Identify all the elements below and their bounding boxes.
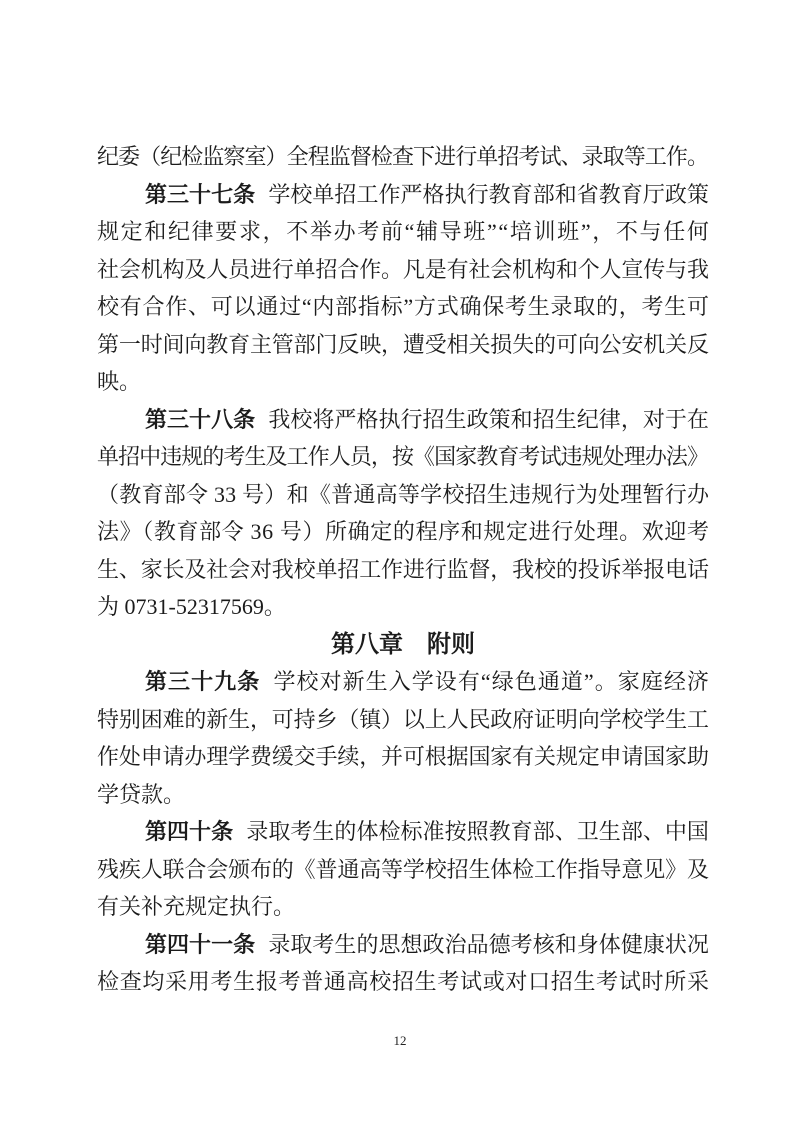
line-text: 特别困难的新生，可持乡（镇）以上人民政府证明向学校学生工	[97, 707, 709, 732]
line-content: 社会机构及人员进行单招合作。凡是有社会机构和个人宣传与我	[97, 251, 709, 289]
line-content: 第三十八条我校将严格执行招生政策和招生纪律，对于在	[145, 401, 709, 439]
body-text-line: 法》（教育部令 36 号）所确定的程序和规定进行处理。欢迎考	[97, 513, 709, 551]
page-number: 12	[394, 1033, 407, 1048]
line-content: 纪委（纪检监察室）全程监督检查下进行单招考试、录取等工作。	[97, 138, 708, 176]
article-number: 第四十一条	[145, 932, 255, 957]
line-text: 第八章 附则	[331, 631, 475, 658]
body-text-line: 规定和纪律要求，不举办考前“辅导班”“培训班”，不与任何	[97, 213, 709, 251]
document-page: 纪委（纪检监察室）全程监督检查下进行单招考试、录取等工作。第三十七条学校单招工作…	[0, 0, 800, 1131]
body-text-line: 残疾人联合会颁布的《普通高等学校招生体检工作指导意见》及	[97, 851, 709, 889]
document-body: 纪委（纪检监察室）全程监督检查下进行单招考试、录取等工作。第三十七条学校单招工作…	[97, 138, 709, 1001]
body-text-line: （教育部令 33 号）和《普通高等学校招生违规行为处理暂行办	[97, 476, 709, 514]
body-text-line: 校有合作、可以通过“内部指标”方式确保考生录取的，考生可	[97, 288, 709, 326]
body-text-line: 纪委（纪检监察室）全程监督检查下进行单招考试、录取等工作。	[97, 138, 709, 176]
line-text: 作处申请办理学费缓交手续，并可根据国家有关规定申请国家助	[97, 744, 709, 769]
line-content: 映。	[97, 363, 141, 401]
body-text-line: 社会机构及人员进行单招合作。凡是有社会机构和个人宣传与我	[97, 251, 709, 289]
line-text: 规定和纪律要求，不举办考前“辅导班”“培训班”，不与任何	[97, 219, 711, 244]
body-text-line: 有关补充规定执行。	[97, 888, 709, 926]
page-footer: 12	[0, 1033, 800, 1049]
article-opening-line: 第四十条录取考生的体检标准按照教育部、卫生部、中国	[97, 813, 709, 851]
line-content: 为 0731-52317569。	[97, 588, 286, 626]
line-content: 残疾人联合会颁布的《普通高等学校招生体检工作指导意见》及	[97, 851, 709, 889]
article-number: 第三十九条	[145, 669, 260, 694]
line-text: 录取考生的思想政治品德考核和身体健康状况	[268, 932, 709, 957]
body-text-line: 单招中违规的考生及工作人员，按《国家教育考试违规处理办法》	[97, 438, 709, 476]
line-text: 学校单招工作严格执行教育部和省教育厅政策	[268, 182, 709, 207]
line-content: 单招中违规的考生及工作人员，按《国家教育考试违规处理办法》	[97, 438, 708, 476]
article-number: 第四十条	[145, 819, 233, 844]
line-text: 校有合作、可以通过“内部指标”方式确保考生录取的，考生可	[97, 294, 710, 319]
article-number: 第三十七条	[145, 182, 255, 207]
line-content: 校有合作、可以通过“内部指标”方式确保考生录取的，考生可	[97, 288, 710, 326]
line-content: 有关补充规定执行。	[97, 888, 295, 926]
article-opening-line: 第三十八条我校将严格执行招生政策和招生纪律，对于在	[97, 401, 709, 439]
line-text: 为 0731-52317569。	[97, 594, 286, 619]
body-text-line: 作处申请办理学费缓交手续，并可根据国家有关规定申请国家助	[97, 738, 709, 776]
line-text: 录取考生的体检标准按照教育部、卫生部、中国	[246, 819, 709, 844]
line-content: 第三十七条学校单招工作严格执行教育部和省教育厅政策	[145, 176, 709, 214]
line-text: 法》（教育部令 36 号）所确定的程序和规定进行处理。欢迎考	[97, 519, 710, 544]
line-content: （教育部令 33 号）和《普通高等学校招生违规行为处理暂行办	[97, 476, 709, 514]
line-text: 学贷款。	[97, 782, 185, 807]
line-content: 第一时间向教育主管部门反映，遭受相关损失的可向公安机关反	[97, 326, 709, 364]
line-text: 我校将严格执行招生政策和招生纪律，对于在	[268, 407, 709, 432]
line-text: 单招中违规的考生及工作人员，按《国家教育考试违规处理办法》	[97, 444, 708, 469]
article-opening-line: 第三十七条学校单招工作严格执行教育部和省教育厅政策	[97, 176, 709, 214]
body-text-line: 特别困难的新生，可持乡（镇）以上人民政府证明向学校学生工	[97, 701, 709, 739]
article-opening-line: 第三十九条学校对新生入学设有“绿色通道”。家庭经济	[97, 663, 709, 701]
line-text: 学校对新生入学设有“绿色通道”。家庭经济	[273, 669, 710, 694]
line-content: 规定和纪律要求，不举办考前“辅导班”“培训班”，不与任何	[97, 213, 711, 251]
line-text: 残疾人联合会颁布的《普通高等学校招生体检工作指导意见》及	[97, 857, 709, 882]
body-text-line: 映。	[97, 363, 709, 401]
line-text: 生、家长及社会对我校单招工作进行监督，我校的投诉举报电话	[97, 557, 709, 582]
line-text: 第一时间向教育主管部门反映，遭受相关损失的可向公安机关反	[97, 332, 709, 357]
line-content: 检查均采用考生报考普通高校招生考试或对口招生考试时所采	[97, 963, 710, 1001]
line-content: 第八章 附则	[331, 626, 475, 664]
article-number: 第三十八条	[145, 407, 255, 432]
body-text-line: 为 0731-52317569。	[97, 588, 709, 626]
body-text-line: 第一时间向教育主管部门反映，遭受相关损失的可向公安机关反	[97, 326, 709, 364]
article-opening-line: 第四十一条录取考生的思想政治品德考核和身体健康状况	[97, 926, 709, 964]
line-text: 社会机构及人员进行单招合作。凡是有社会机构和个人宣传与我	[97, 257, 709, 282]
line-text: 纪委（纪检监察室）全程监督检查下进行单招考试、录取等工作。	[97, 144, 708, 169]
chapter-heading: 第八章 附则	[97, 626, 709, 664]
line-content: 作处申请办理学费缓交手续，并可根据国家有关规定申请国家助	[97, 738, 709, 776]
line-text: （教育部令 33 号）和《普通高等学校招生违规行为处理暂行办	[97, 482, 709, 507]
line-content: 第三十九条学校对新生入学设有“绿色通道”。家庭经济	[145, 663, 710, 701]
line-content: 第四十一条录取考生的思想政治品德考核和身体健康状况	[145, 926, 709, 964]
body-text-line: 学贷款。	[97, 776, 709, 814]
line-text: 有关补充规定执行。	[97, 894, 295, 919]
body-text-line: 检查均采用考生报考普通高校招生考试或对口招生考试时所采	[97, 963, 709, 1001]
body-text-line: 生、家长及社会对我校单招工作进行监督，我校的投诉举报电话	[97, 551, 709, 589]
line-content: 生、家长及社会对我校单招工作进行监督，我校的投诉举报电话	[97, 551, 709, 589]
line-content: 第四十条录取考生的体检标准按照教育部、卫生部、中国	[145, 813, 709, 851]
line-text: 映。	[97, 369, 141, 394]
line-content: 法》（教育部令 36 号）所确定的程序和规定进行处理。欢迎考	[97, 513, 710, 551]
line-text: 检查均采用考生报考普通高校招生考试或对口招生考试时所采	[97, 969, 710, 994]
line-content: 学贷款。	[97, 776, 185, 814]
line-content: 特别困难的新生，可持乡（镇）以上人民政府证明向学校学生工	[97, 701, 709, 739]
